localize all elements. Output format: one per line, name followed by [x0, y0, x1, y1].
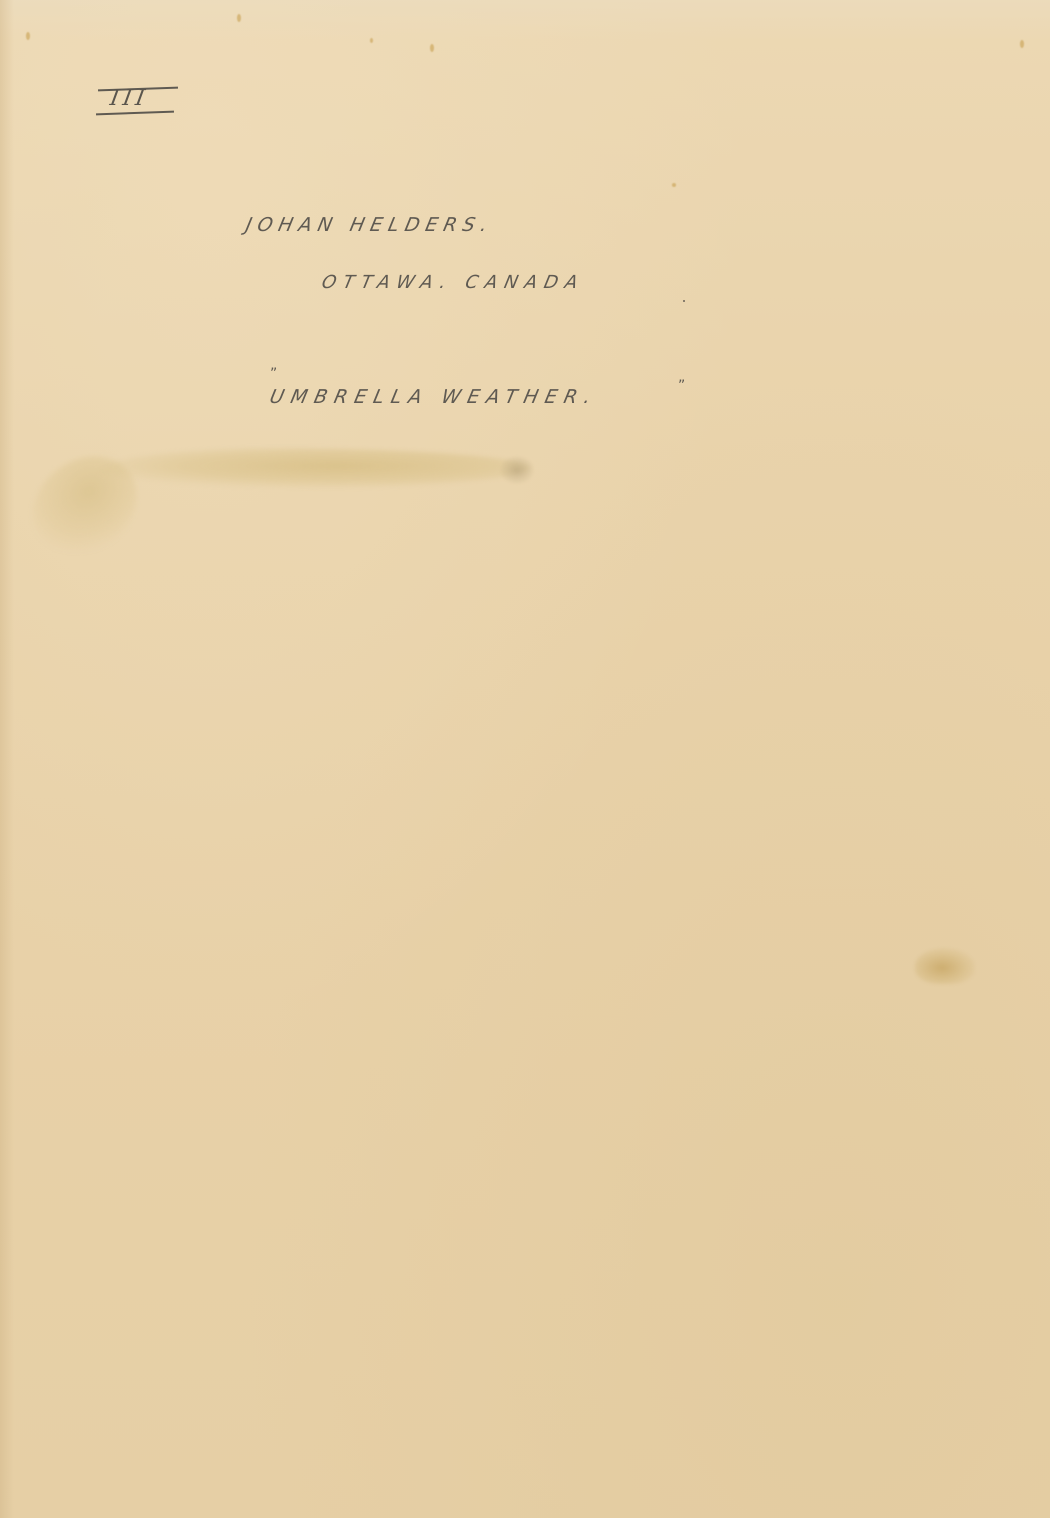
water-stain	[100, 448, 530, 488]
foxing-fleck	[370, 38, 373, 43]
catalog-number-underline	[96, 111, 174, 116]
artwork-title: UMBRELLA WEATHER.	[268, 386, 600, 408]
catalog-number-text: III	[105, 86, 152, 111]
document-sheet: III JOHAN HELDERS. OTTAWA. CANADA ” UMBR…	[0, 0, 1050, 1518]
foxing-fleck	[430, 44, 434, 52]
foxing-fleck	[237, 14, 241, 22]
water-stain-end	[500, 456, 534, 484]
paper-edge-top	[0, 0, 1050, 40]
foxing-fleck	[1020, 40, 1024, 48]
artist-name: JOHAN HELDERS.	[244, 214, 496, 236]
title-quote-close: ”	[678, 378, 685, 394]
foxing-fleck	[672, 183, 676, 187]
artist-location: OTTAWA. CANADA	[320, 272, 587, 293]
foxing-stain	[915, 948, 975, 984]
paper-edge-left	[0, 0, 14, 1518]
foxing-fleck	[26, 32, 30, 40]
catalog-number: III	[96, 84, 178, 116]
title-quote-open: ”	[270, 366, 277, 382]
pencil-mark	[683, 300, 685, 302]
